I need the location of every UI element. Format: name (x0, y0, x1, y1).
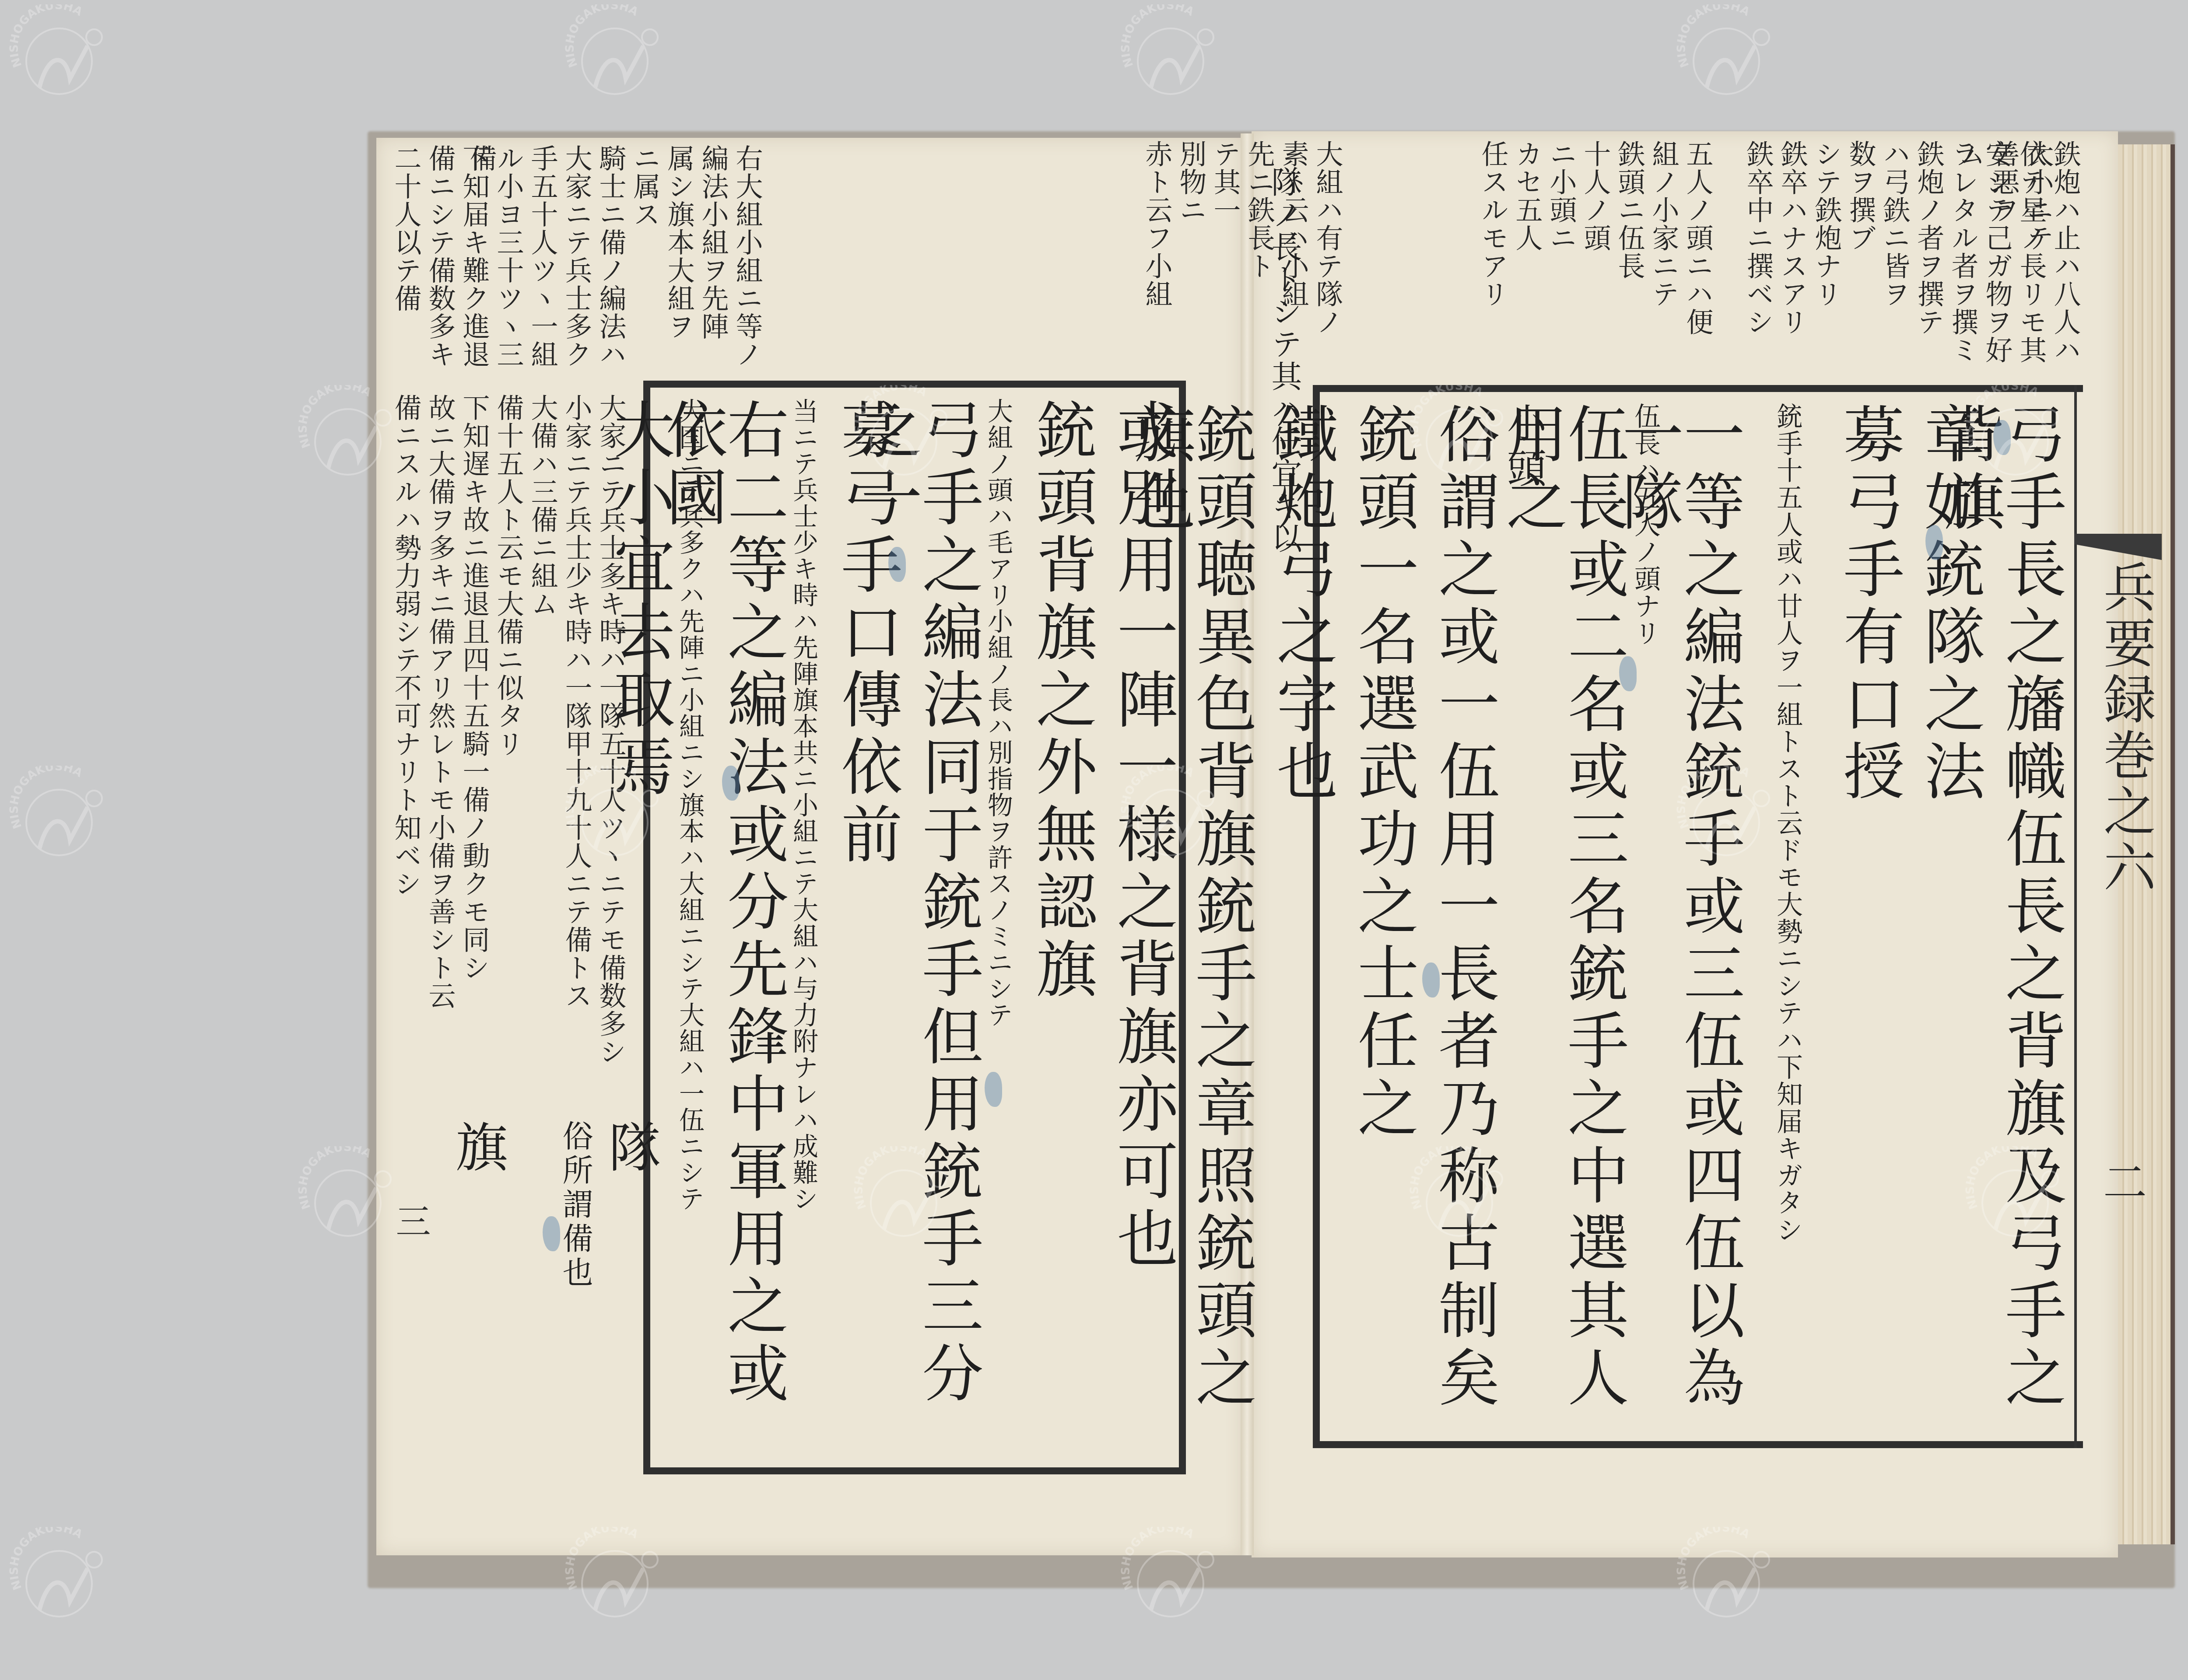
svg-text:NISHOGAKUSHA: NISHOGAKUSHA (298, 385, 373, 450)
nishogakusha-watermark-icon: NISHOGAKUSHA (1965, 1146, 2065, 1247)
header-note: 組ノ小家ニテ (1643, 140, 1677, 308)
nishogakusha-watermark-icon: NISHOGAKUSHA (1409, 1146, 1510, 1247)
header-note: ラレタル者ヲ撰ミ (1942, 140, 1976, 364)
nishogakusha-watermark-icon: NISHOGAKUSHA (1409, 385, 1510, 486)
annotation: 当ニテ兵士少キ時ハ先陣旗本共ニ小組ニテ大組ハ与力附ナレハ成難シ (783, 398, 816, 1212)
nishogakusha-watermark-icon: NISHOGAKUSHA (1676, 4, 1777, 105)
header-note: 手五十人ツヽ一組 (522, 144, 556, 368)
svg-text:NISHOGAKUSHA: NISHOGAKUSHA (1120, 766, 1196, 830)
nishogakusha-watermark-icon: NISHOGAKUSHA (9, 1527, 109, 1627)
svg-text:NISHOGAKUSHA: NISHOGAKUSHA (1409, 1146, 1485, 1211)
main-column: 弓手長之旛幟伍長之背旗及弓手之背旗 (1980, 402, 2061, 1435)
main-column: 募弓手有口授 (1818, 402, 1899, 807)
header-note: 鉄卒ハナスアリ (1771, 140, 1806, 336)
main-column: 右二等之編法或分先鋒中軍用之或依國 (702, 398, 783, 1457)
header-note: 数ヲ撰ブ (1840, 140, 1874, 252)
left-main-text: 或別用一陣一様之背旗亦可也 銃頭背旗之外無認旗 大組ノ頭ハ毛アリ小組ノ長ハ別指物… (589, 398, 1173, 1457)
nishogakusha-watermark-icon: NISHOGAKUSHA (1120, 766, 1221, 866)
header-note: 十人ノ頭 (1574, 140, 1609, 252)
svg-text:NISHOGAKUSHA: NISHOGAKUSHA (9, 1527, 84, 1592)
nishogakusha-watermark-icon: NISHOGAKUSHA (1676, 766, 1777, 866)
header-note: 赤ト云フ小組 (1136, 140, 1170, 308)
main-column: 銃頭一名選武功之士任之 (1332, 402, 1413, 1144)
gutter-note: 隊ノ長トシテ其ハ任宜キ以 (1260, 166, 1300, 1522)
header-note: 騎士ニ備ノ編法ハ (590, 144, 624, 368)
side-note: 備十五人ト云モ大備ニ似タリ (487, 394, 522, 758)
header-note: シテ鉄炮ナリ (1806, 140, 1840, 308)
nishogakusha-watermark-icon: NISHOGAKUSHA (9, 4, 109, 105)
svg-text:NISHOGAKUSHA: NISHOGAKUSHA (565, 4, 640, 69)
svg-text:NISHOGAKUSHA: NISHOGAKUSHA (1676, 766, 1752, 830)
header-note: ニ属ス (624, 144, 658, 228)
nishogakusha-watermark-icon: NISHOGAKUSHA (565, 4, 665, 105)
side-note: 大備ハ三備ニ組ム (522, 394, 556, 618)
header-note: 別物ニ (1170, 140, 1204, 224)
blue-ink-mark (888, 547, 906, 582)
svg-text:NISHOGAKUSHA: NISHOGAKUSHA (1120, 1527, 1196, 1592)
svg-text:NISHOGAKUSHA: NISHOGAKUSHA (1965, 385, 2041, 450)
svg-text:NISHOGAKUSHA: NISHOGAKUSHA (1120, 4, 1196, 69)
main-column: 俗謂之或一伍用一長者乃称古制矣 (1413, 402, 1494, 1413)
main-column: 銃頭聴異色背旗銃手之章照銃頭之旗色 (1171, 402, 1252, 1435)
svg-text:NISHOGAKUSHA: NISHOGAKUSHA (9, 4, 84, 69)
gutter-note-text: 隊ノ長トシテ其ハ任宜キ以 (1260, 166, 1300, 555)
main-column: 銃頭背旗之外無認旗 (1011, 398, 1092, 1004)
main-column: 一等之編法銃手或三伍或四伍以為一隊 (1659, 402, 1739, 1435)
annotation: 俗所謂備也 (503, 1120, 591, 1291)
header-note: 五人ノ頭ニハ便 (1677, 140, 1711, 336)
header-note: 編法小組ヲ先陣 (692, 144, 726, 340)
main-column: 伍長或二名或三名銃手之中選其人用之 (1543, 402, 1623, 1435)
svg-text:NISHOGAKUSHA: NISHOGAKUSHA (565, 1527, 640, 1592)
nishogakusha-watermark-icon: NISHOGAKUSHA (298, 385, 398, 486)
svg-text:NISHOGAKUSHA: NISHOGAKUSHA (1676, 1527, 1752, 1592)
nishogakusha-watermark-icon: NISHOGAKUSHA (1965, 385, 2065, 486)
header-note: 鉄卒中ニ撰ベシ (1737, 140, 1771, 336)
blue-ink-mark (985, 1072, 1002, 1107)
main-column: 弓手之編法同于銃手但用銃手三分之一 (897, 398, 978, 1457)
blue-ink-mark (543, 1216, 560, 1251)
header-note: 鉄炮ハ止ハ八人ハ大小ニテ (2044, 140, 2079, 385)
svg-text:NISHOGAKUSHA: NISHOGAKUSHA (565, 766, 640, 830)
annotation: 大組ノ頭ハ毛アリ小組ノ長ハ別指物ヲ許スノミニシテ (978, 398, 1011, 1028)
header-note: 大家ニテ兵士多ク (556, 144, 590, 368)
svg-text:NISHOGAKUSHA: NISHOGAKUSHA (853, 385, 929, 450)
nishogakusha-watermark-icon: NISHOGAKUSHA (1120, 1527, 1221, 1627)
header-note: 大組ハ有テ隊ノ (1307, 140, 1341, 336)
margin-title: 兵要録巻之六 (2087, 560, 2163, 896)
header-note: テ其一 (1204, 140, 1238, 224)
header-note: 鉄炮ノ者ヲ撰テ (1908, 140, 1942, 336)
nishogakusha-watermark-icon: NISHOGAKUSHA (298, 1146, 398, 1247)
header-note: 二十人以テ備 (385, 144, 419, 312)
side-note: 故ニ大備ヲ多キニ備アリ然レトモ小備ヲ善シト云 (419, 394, 453, 1010)
header-note: 右大組小組ニ等ノ (726, 144, 761, 368)
side-note: 下知遅キ故ニ進退且四十五騎一備ノ動クモ同シ (453, 394, 487, 982)
nishogakusha-watermark-icon: NISHOGAKUSHA (1676, 1527, 1777, 1627)
blue-ink-mark (1619, 656, 1637, 691)
svg-text:NISHOGAKUSHA: NISHOGAKUSHA (1409, 385, 1485, 450)
nishogakusha-watermark-icon: NISHOGAKUSHA (565, 1527, 665, 1627)
header-note: カセ五人 (1506, 140, 1540, 252)
svg-text:NISHOGAKUSHA: NISHOGAKUSHA (1676, 4, 1752, 69)
left-lower-text: 隊 俗所謂備也 旗 (438, 1120, 656, 1426)
svg-text:NISHOGAKUSHA: NISHOGAKUSHA (9, 766, 84, 830)
svg-text:NISHOGAKUSHA: NISHOGAKUSHA (853, 1146, 929, 1211)
right-main-text: 弓手長之旛幟伍長之背旗及弓手之背旗 章如銃隊之法 募弓手有口授 銃手十五人或ハ廿… (1171, 402, 2061, 1435)
nishogakusha-watermark-icon: NISHOGAKUSHA (9, 766, 109, 866)
header-note: 任スルモアリ (1472, 140, 1506, 308)
header-note: ハ弓鉄ニ皆ヲ (1874, 140, 1908, 308)
nishogakusha-watermark-icon: NISHOGAKUSHA (565, 766, 665, 866)
header-note: 備ニシテ備数多キ (419, 144, 453, 368)
side-note: 小家ニテ兵士少キ時ハ一隊甲十九十人ニテ備トス (556, 394, 590, 1010)
header-note: 下知届キ難ク進退 (453, 144, 487, 368)
nishogakusha-watermark-icon: NISHOGAKUSHA (853, 385, 954, 486)
svg-text:NISHOGAKUSHA: NISHOGAKUSHA (298, 1146, 373, 1211)
annotation: 銃手十五人或ハ廿人ヲ一組トスト云ドモ大勢ニシテハ下知届キガタシ (1772, 402, 1803, 1243)
main-column: 旗 (438, 1120, 503, 1179)
nishogakusha-watermark-icon: NISHOGAKUSHA (1120, 4, 1221, 105)
blue-ink-mark (722, 766, 740, 801)
right-page-number: 二 (2090, 1159, 2153, 1203)
header-note: 鉄頭ニ伍長 (1609, 140, 1643, 280)
header-note: ル小ヨ三十ツヽ三備 (487, 144, 522, 389)
left-header-notes: 右大組小組ニ等ノ 編法小組ヲ先陣 属シ旗本大組ヲ ニ属ス 騎士ニ備ノ編法ハ 大家… (385, 144, 761, 389)
svg-text:NISHOGAKUSHA: NISHOGAKUSHA (1965, 1146, 2041, 1211)
header-note: ニ小頭ニ (1540, 140, 1574, 252)
main-column: 隊 (591, 1120, 656, 1179)
blue-ink-mark (1422, 962, 1440, 997)
blue-ink-mark (1925, 525, 1943, 560)
header-note: 属シ旗本大組ヲ (658, 144, 692, 340)
nishogakusha-watermark-icon: NISHOGAKUSHA (853, 1146, 954, 1247)
